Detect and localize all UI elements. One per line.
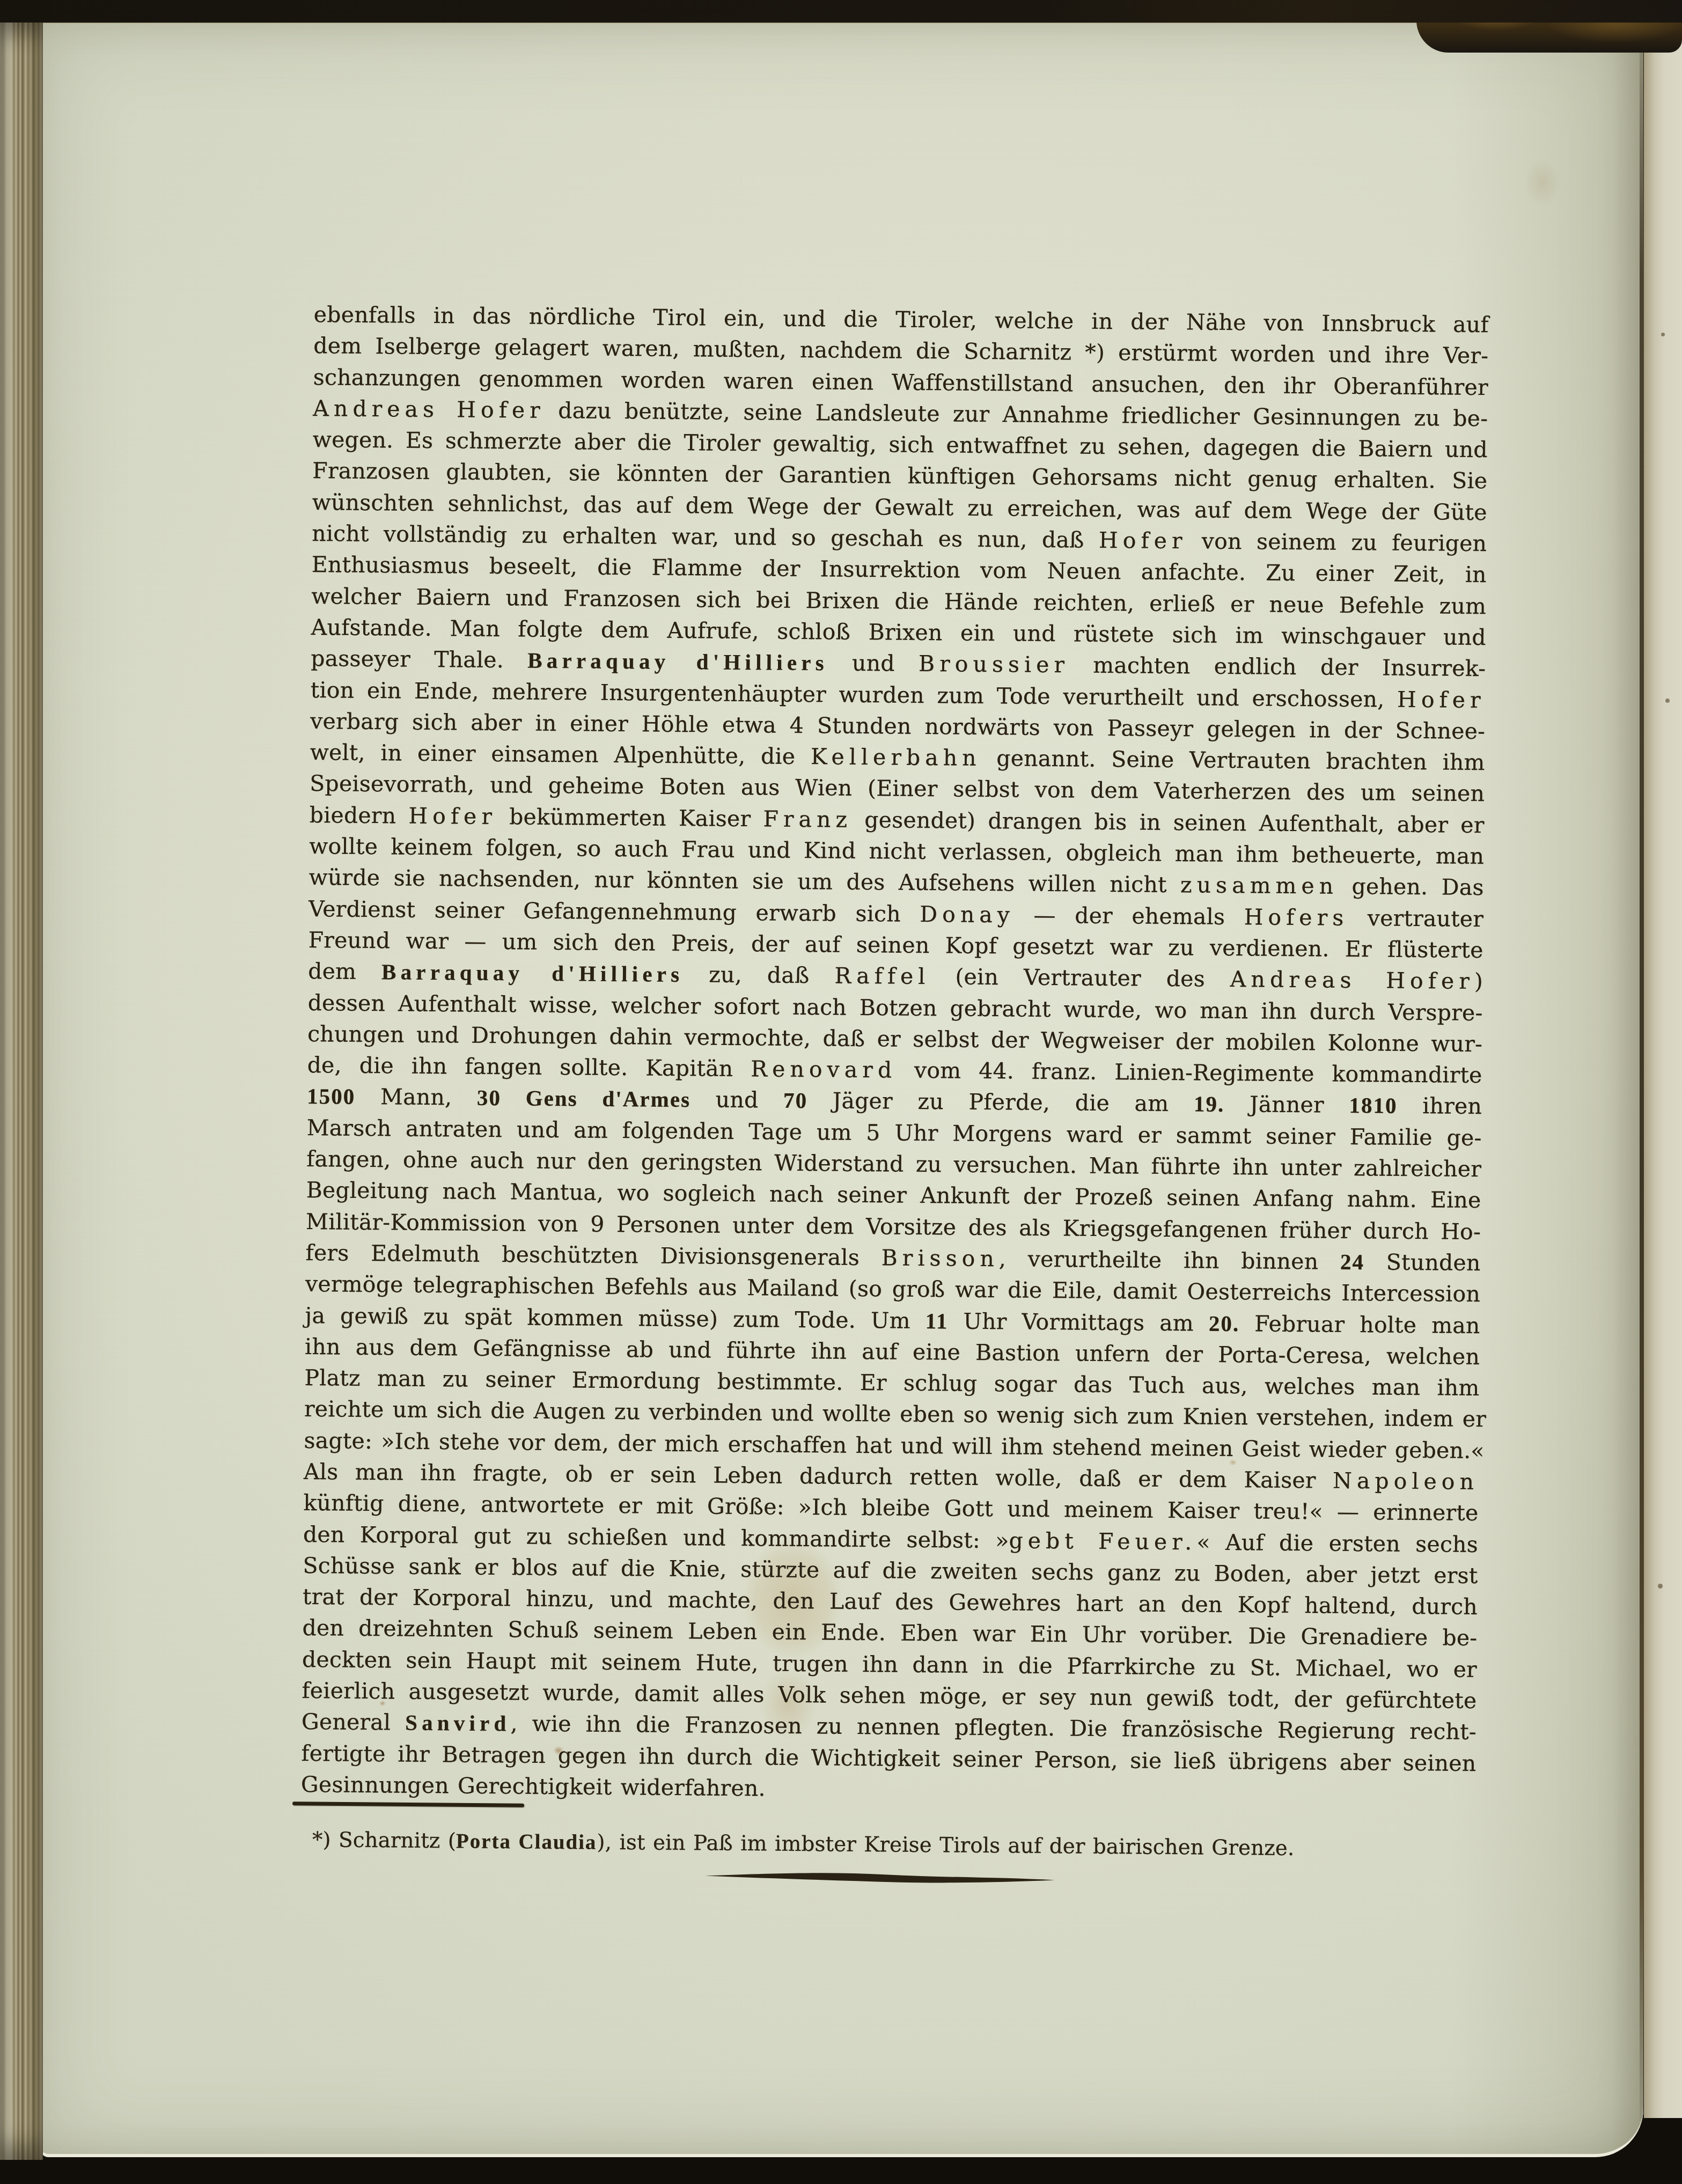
text-segment: Verdienst seiner Gefangennehmung erwarb … <box>309 896 920 927</box>
text-segment: nicht vollständig zu erhalten war, und s… <box>312 520 1099 553</box>
text-segment: 1500 <box>307 1084 356 1109</box>
text-segment: Brisson <box>881 1245 999 1271</box>
text-segment: Hofer <box>1099 527 1187 554</box>
text-segment: vom 44. franz. Linien-Regimente kommandi… <box>897 1057 1482 1089</box>
text-segment: Hofers <box>1244 904 1348 931</box>
text-segment: Februar holte man <box>1239 1311 1480 1339</box>
text-segment: dem <box>308 958 381 984</box>
text-segment: Sanvird <box>405 1710 511 1736</box>
text-segment: zusammen <box>1180 872 1338 899</box>
text-segment: vertrauter <box>1348 905 1483 932</box>
text-segment: dazu benützte, seine Landsleute zur Anna… <box>545 398 1488 431</box>
paper-speck <box>1661 333 1665 336</box>
text-segment: 1810 <box>1349 1093 1398 1118</box>
text-segment: Donay <box>920 901 1015 928</box>
body-text: ebenfalls in das nördliche Tirol ein, un… <box>301 299 1489 1810</box>
text-segment: und <box>828 650 919 676</box>
text-segment: Jänner <box>1224 1091 1349 1118</box>
text-segment: Stunden <box>1364 1249 1481 1276</box>
text-segment: de, die ihn fangen sollte. Kapitän <box>307 1052 751 1082</box>
text-segment: würde sie nachsenden, nur könnten sie um… <box>309 864 1180 898</box>
text-segment: und <box>691 1087 783 1114</box>
text-segment: , wie ihn die Franzosen zu nennen pflegt… <box>510 1711 1477 1745</box>
text-segment: , verurtheilte ihn binnen <box>998 1246 1340 1275</box>
paper-speck <box>1658 1584 1663 1589</box>
text-segment: ), ist ein Paß im imbster Kreise Tirols … <box>597 1830 1294 1861</box>
adjacent-page-edge <box>1644 26 1682 2118</box>
text-segment: Gesinnungen Gerechtigkeit widerfahren. <box>301 1771 766 1801</box>
text-segment: von seinem zu feurigen <box>1187 528 1487 556</box>
text-segment: Hofer <box>1397 686 1486 712</box>
text-segment: Hofer <box>408 803 497 829</box>
text-segment: Andreas Hofer <box>313 395 545 423</box>
text-segment: 19. <box>1194 1092 1225 1116</box>
text-segment: — der ehemals <box>1015 902 1244 930</box>
text-segment: 20. <box>1209 1311 1240 1335</box>
text-segment: Kellerbahn <box>811 744 981 771</box>
text-segment: Jäger zu Pferde, die am <box>807 1088 1194 1117</box>
text-segment: biedern <box>309 802 408 829</box>
text-segment: zu, daß <box>684 961 834 988</box>
paper-speck <box>1665 698 1670 703</box>
text-segment: 11 <box>925 1308 948 1333</box>
text-segment: fers Edelmuth beschützten Divisionsgener… <box>305 1240 881 1270</box>
text-segment: Porta Claudia <box>456 1829 597 1854</box>
text-segment: gesendet) drangen bis in seinen Aufentha… <box>852 807 1485 838</box>
text-segment: Mann, <box>355 1084 477 1111</box>
text-segment: Broussier <box>919 651 1069 678</box>
text-segment: Renovard <box>751 1056 897 1083</box>
text-segment: Raffel <box>834 963 930 990</box>
text-segment: *) Scharnitz ( <box>312 1828 456 1853</box>
text-segment: welt, in einer einsamen Alpenhütte, die <box>310 739 811 769</box>
text-segment: bekümmerten Kaiser <box>497 804 763 832</box>
text-segment: 30 Gens d'Armes <box>477 1085 691 1112</box>
text-segment: gehen. Das <box>1338 873 1484 900</box>
text-segment: passeyer Thale. <box>311 645 527 673</box>
text-segment: (ein Vertrauter des <box>930 964 1230 992</box>
page-crease <box>1640 24 1644 2119</box>
text-segment: Andreas Hofer <box>1230 966 1474 994</box>
binding-edge <box>0 0 1682 23</box>
text-segment: gebt Feuer. <box>1009 1527 1196 1555</box>
text-segment: ja gewiß zu spät kommen müsse) zum Tode.… <box>305 1302 925 1333</box>
text-segment: Uhr Vormittags am <box>948 1308 1209 1336</box>
text-segment: 24 <box>1340 1249 1365 1274</box>
text-segment: General <box>302 1709 406 1736</box>
text-segment: genannt. Seine Vertrauten brachten ihm <box>981 745 1485 775</box>
book-scan-scene: ebenfalls in das nördliche Tirol ein, un… <box>0 0 1682 2184</box>
text-segment: den Korporal gut zu schießen und kommand… <box>303 1521 1009 1553</box>
text-segment: 70 <box>783 1088 808 1113</box>
text-segment: ) <box>1474 968 1483 994</box>
page-stack-edges <box>0 18 43 2160</box>
text-segment: ihren <box>1397 1093 1482 1119</box>
text-segment: Franz <box>763 806 852 832</box>
text-segment: « Auf die ersten sechs <box>1196 1529 1478 1557</box>
text-segment: Barraquay d'Hilliers <box>527 648 828 675</box>
text-segment: Barraquay d'Hilliers <box>381 959 684 987</box>
text-segment: machten endlich der Insurrek- <box>1069 652 1486 682</box>
text-segment: Napoleon <box>1333 1468 1479 1495</box>
